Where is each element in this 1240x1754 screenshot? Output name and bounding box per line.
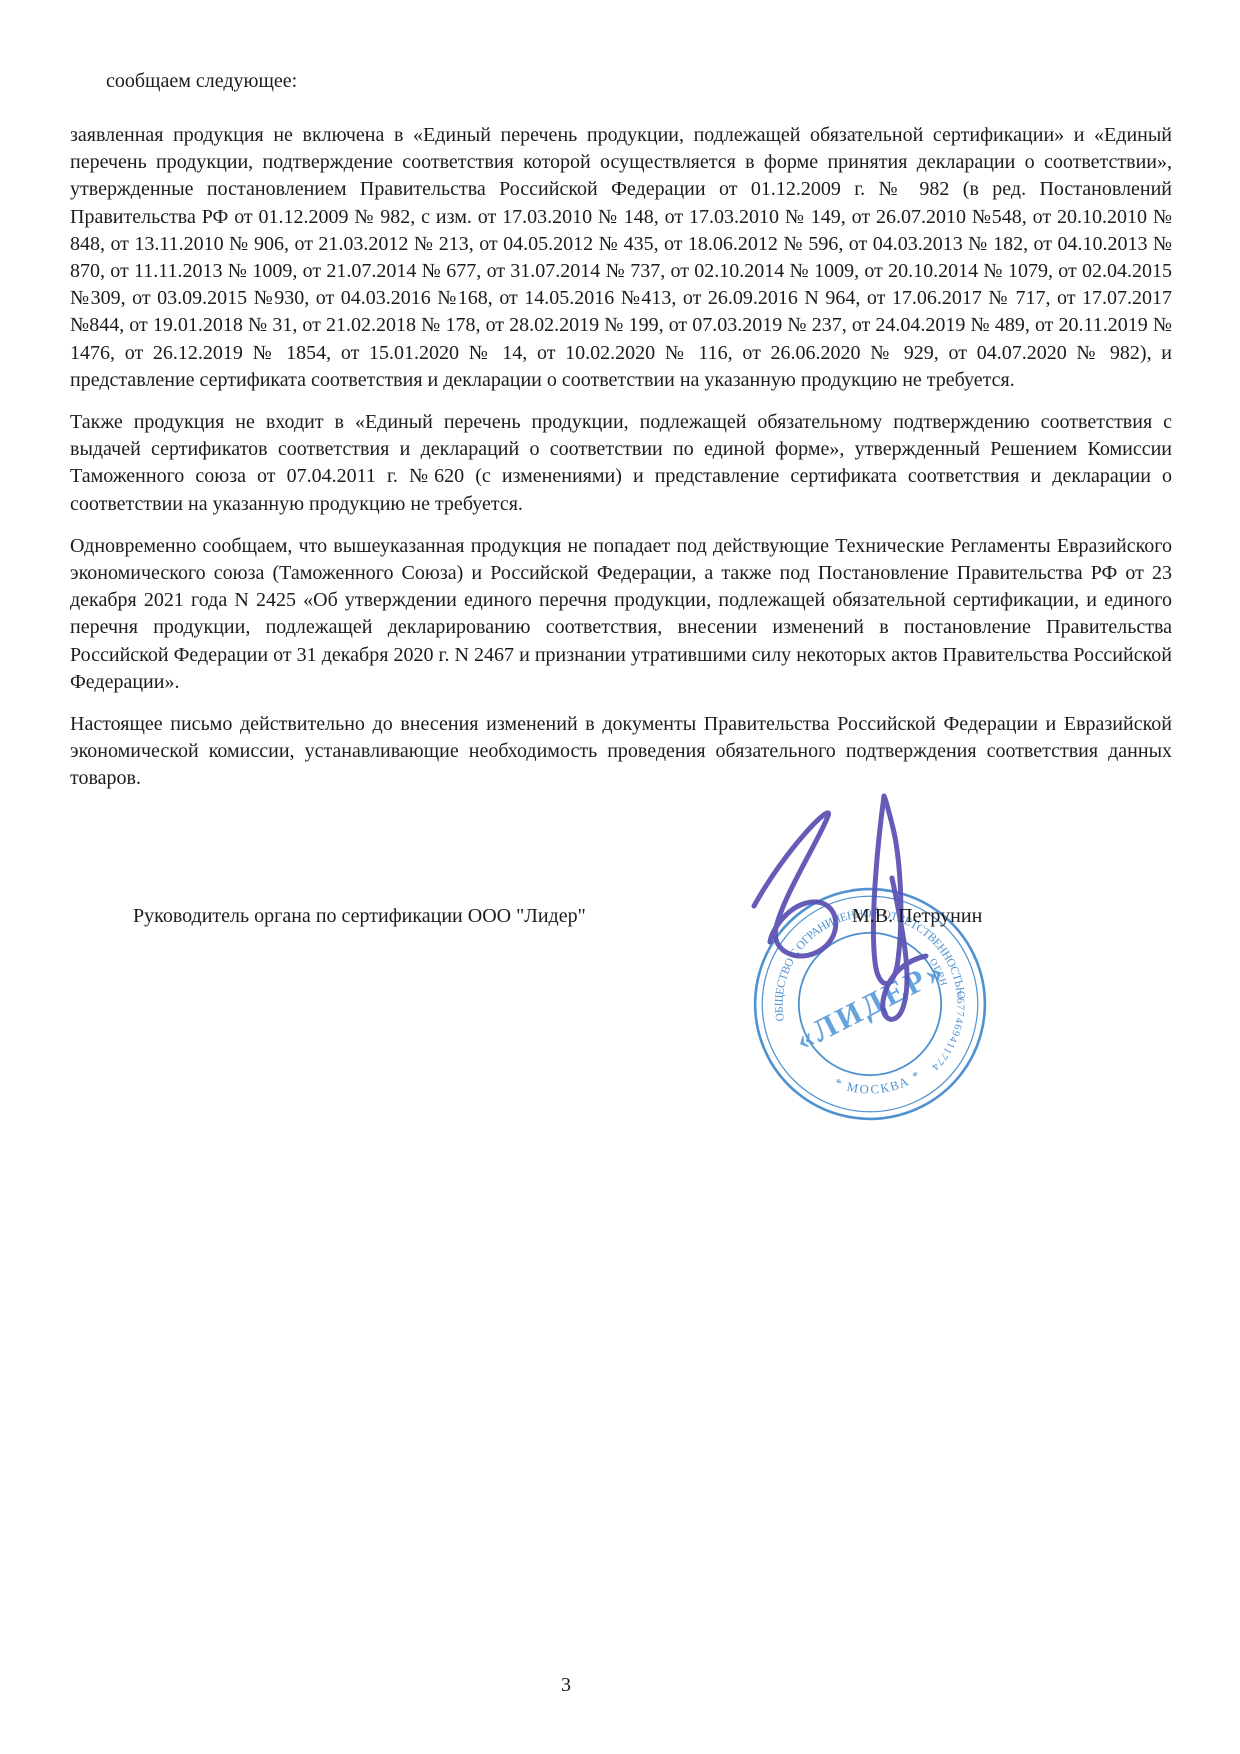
signature-row: Руководитель органа по сертификации ООО … <box>0 905 1240 945</box>
intro-line: сообщаем следующее: <box>106 70 297 93</box>
document-page: сообщаем следующее: заявленная продукция… <box>0 0 1240 1754</box>
stamp-city-text: * МОСКВА * <box>831 1067 926 1101</box>
signatory-name: М.В. Петрунин <box>852 905 982 928</box>
signature-ink-icon <box>742 770 952 1032</box>
handwritten-signature <box>742 770 952 1032</box>
page-number: 3 <box>0 1674 1132 1697</box>
letter-body: заявленная продукция не включена в «Един… <box>70 122 1172 808</box>
body-paragraph: Также продукция не входит в «Единый пере… <box>70 409 1172 518</box>
body-paragraph: Одновременно сообщаем, что вышеуказанная… <box>70 533 1172 696</box>
signature-stroke <box>754 813 836 956</box>
body-paragraph: Настоящее письмо действительно до внесен… <box>70 711 1172 793</box>
body-paragraph: заявленная продукция не включена в «Един… <box>70 122 1172 394</box>
signature-role-label: Руководитель органа по сертификации ООО … <box>133 905 586 928</box>
stamp-city-textpath: * МОСКВА * <box>831 1067 926 1101</box>
signature-stroke <box>883 878 926 1019</box>
